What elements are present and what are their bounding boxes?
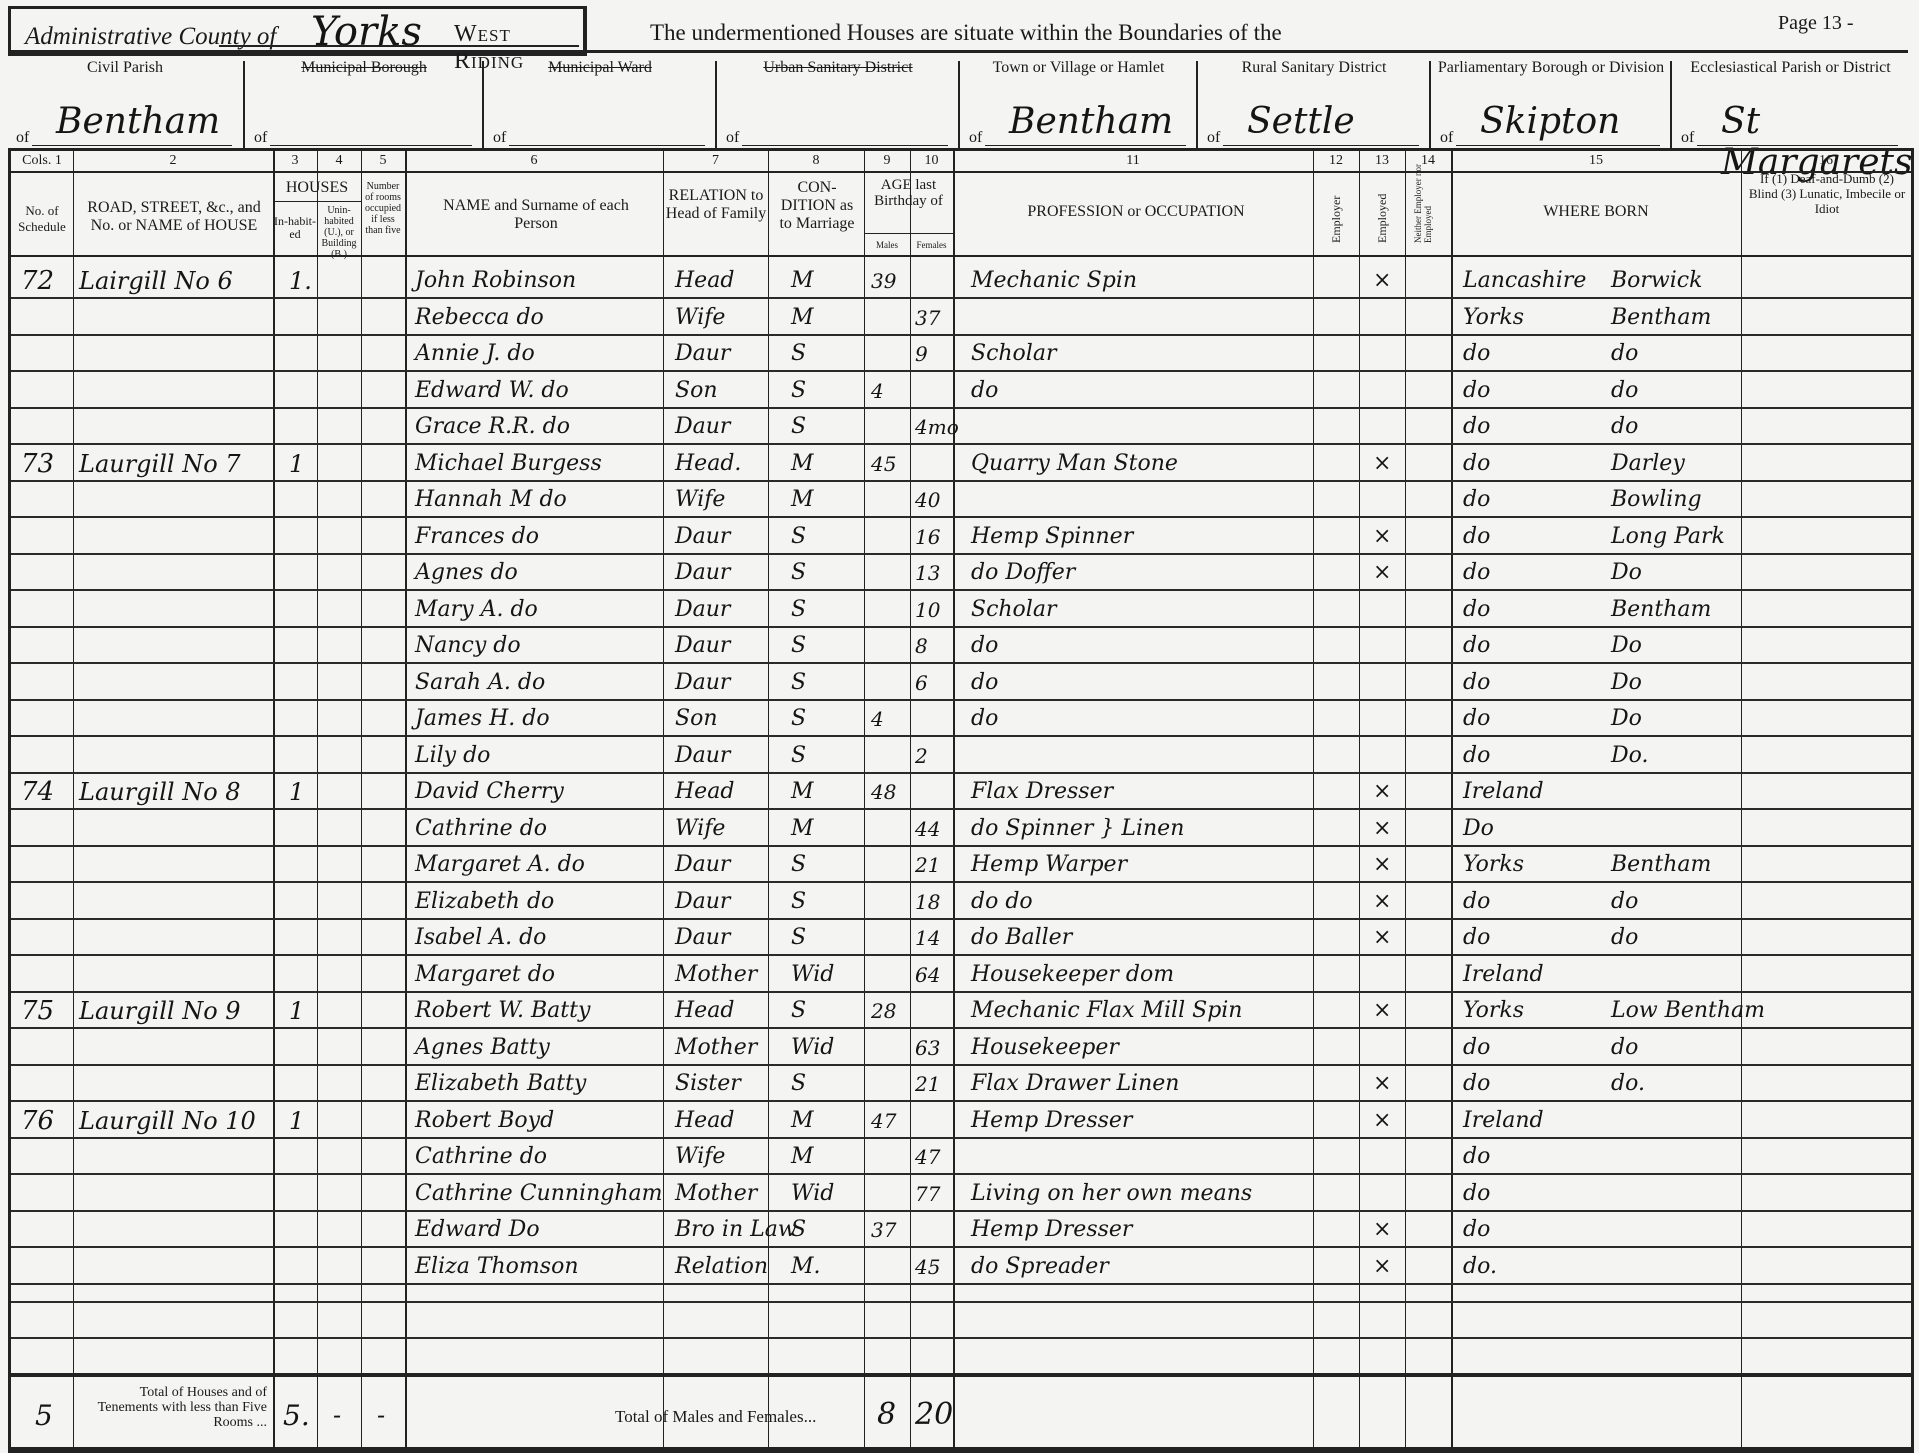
occupation: Hemp Dresser	[971, 1103, 1311, 1139]
born-place: Bentham	[1611, 300, 1739, 336]
table-row: Margaret doMotherWid64Housekeeper domIre…	[11, 957, 1911, 993]
address: Laurgill No 9	[79, 993, 271, 1029]
table-row: Elizabeth BattySisterS21Flax Drawer Line…	[11, 1066, 1911, 1102]
total-males: 8	[877, 1397, 896, 1432]
male-age	[871, 957, 909, 993]
marital-condition: S	[791, 336, 861, 372]
schedule-number	[21, 920, 71, 956]
table-row: Frances doDaurS16Hemp Spinner×doLong Par…	[11, 519, 1911, 555]
table-row: 75Laurgill No 91Robert W. BattyHeadS28Me…	[11, 993, 1911, 1029]
born-place: Darley	[1611, 446, 1739, 482]
area-value: Bentham	[56, 101, 220, 142]
column-number: 5	[361, 153, 405, 169]
table-row: Edward W. doSonS4dododo	[11, 373, 1911, 409]
area-label: Civil Parish	[8, 59, 242, 77]
marital-condition: S	[791, 1066, 861, 1102]
female-age: 64	[915, 957, 953, 993]
female-age: 45	[915, 1249, 953, 1285]
row-rule	[11, 1337, 1911, 1339]
column-number: 15	[1451, 153, 1741, 169]
male-age	[871, 738, 909, 774]
area-value: Skipton	[1480, 101, 1620, 142]
inhabited-mark	[289, 1066, 315, 1102]
male-age: 45	[871, 446, 909, 482]
employed-mark	[1373, 300, 1401, 336]
administrative-county-box: Administrative County of Yorks West Ridi…	[8, 6, 587, 56]
occupation	[971, 300, 1311, 336]
table-row: Grace R.R. doDaurS4mododo	[11, 409, 1911, 445]
marital-condition: S	[791, 665, 861, 701]
born-place: do	[1611, 373, 1739, 409]
male-age	[871, 336, 909, 372]
marital-condition: M	[791, 1139, 861, 1175]
area-label: Ecclesiastical Parish or District	[1673, 59, 1908, 77]
inhabited-mark	[289, 1176, 315, 1212]
employed-mark	[1373, 592, 1401, 628]
row-rule	[11, 1283, 1911, 1285]
address	[79, 336, 271, 372]
inhabited-mark: 1.	[289, 263, 315, 299]
born-county: do	[1463, 628, 1603, 664]
born-county: Yorks	[1463, 847, 1603, 883]
table-row: 74Laurgill No 81David CherryHeadM48Flax …	[11, 774, 1911, 810]
schedule-number: 74	[21, 774, 71, 810]
totals-row: 5 Total of Houses and of Tenements with …	[11, 1373, 1911, 1451]
relation: Head	[675, 993, 767, 1029]
address	[79, 482, 271, 518]
column-number: 10	[910, 153, 953, 169]
marital-condition: M	[791, 1103, 861, 1139]
occupation: do Baller	[971, 920, 1311, 956]
occupation	[971, 409, 1311, 445]
column-number: 2	[73, 153, 273, 169]
born-place: do	[1611, 920, 1739, 956]
person-name: Mary A. do	[415, 592, 661, 628]
born-county: do	[1463, 1176, 1603, 1212]
relation: Bro in Law	[675, 1212, 767, 1248]
schedule-number: 75	[21, 993, 71, 1029]
header-females: Females	[910, 237, 953, 253]
born-place: Do	[1611, 628, 1739, 664]
relation: Head	[675, 774, 767, 810]
born-county: do	[1463, 1139, 1603, 1175]
employed-mark: ×	[1373, 774, 1401, 810]
employed-mark: ×	[1373, 555, 1401, 591]
male-age	[871, 665, 909, 701]
column-number: 8	[768, 153, 864, 169]
address: Laurgill No 10	[79, 1103, 271, 1139]
employed-mark	[1373, 1139, 1401, 1175]
employed-mark	[1373, 701, 1401, 737]
male-age	[871, 884, 909, 920]
occupation: Scholar	[971, 592, 1311, 628]
male-age	[871, 592, 909, 628]
inhabited-mark	[289, 1030, 315, 1066]
schedule-number	[21, 738, 71, 774]
inhabited-mark	[289, 519, 315, 555]
occupation: Mechanic Spin	[971, 263, 1311, 299]
female-age	[915, 701, 953, 737]
occupation: Flax Dresser	[971, 774, 1311, 810]
female-age: 8	[915, 628, 953, 664]
person-name: Isabel A. do	[415, 920, 661, 956]
address	[79, 701, 271, 737]
male-age: 47	[871, 1103, 909, 1139]
occupation: Quarry Man Stone	[971, 446, 1311, 482]
male-age: 28	[871, 993, 909, 1029]
occupation: Housekeeper	[971, 1030, 1311, 1066]
header-employer: Employer	[1329, 196, 1344, 243]
occupation: Hemp Dresser	[971, 1212, 1311, 1248]
table-row: Isabel A. doDaurS14do Baller×dodo	[11, 920, 1911, 956]
born-county: do	[1463, 1066, 1603, 1102]
total-females: 20	[915, 1397, 953, 1432]
born-place	[1611, 1249, 1739, 1285]
header-males: Males	[864, 237, 910, 253]
male-age	[871, 409, 909, 445]
schedule-number	[21, 1176, 71, 1212]
header-inhabited: In-habit-ed	[274, 215, 316, 241]
female-age	[915, 1212, 953, 1248]
address: Laurgill No 7	[79, 446, 271, 482]
inhabited-mark	[289, 555, 315, 591]
divider	[1670, 61, 1672, 151]
address	[79, 592, 271, 628]
inhabited-mark	[289, 482, 315, 518]
employed-mark: ×	[1373, 1103, 1401, 1139]
table-row: James H. doSonS4dodoDo	[11, 701, 1911, 737]
employed-mark: ×	[1373, 920, 1401, 956]
occupation: Flax Drawer Linen	[971, 1066, 1311, 1102]
relation: Son	[675, 701, 767, 737]
divider	[243, 61, 245, 151]
address	[79, 884, 271, 920]
table-row: Agnes BattyMotherWid63Housekeeperdodo	[11, 1030, 1911, 1066]
header-occupation: PROFESSION or OCCUPATION	[971, 203, 1301, 221]
born-county: do	[1463, 1030, 1603, 1066]
male-age	[871, 1030, 909, 1066]
occupation: do	[971, 373, 1311, 409]
occupation	[971, 482, 1311, 518]
person-name: Frances do	[415, 519, 661, 555]
marital-condition: S	[791, 738, 861, 774]
inhabited-mark	[289, 409, 315, 445]
born-county: Yorks	[1463, 300, 1603, 336]
born-place: Bowling	[1611, 482, 1739, 518]
table-row: Cathrine CunninghamMotherWid77Living on …	[11, 1176, 1911, 1212]
occupation: do Spreader	[971, 1249, 1311, 1285]
relation: Daur	[675, 738, 767, 774]
female-age	[915, 446, 953, 482]
female-age	[915, 1103, 953, 1139]
schedule-number: 73	[21, 446, 71, 482]
born-county: do	[1463, 701, 1603, 737]
schedule-number	[21, 373, 71, 409]
marital-condition: S	[791, 701, 861, 737]
inhabited-mark	[289, 738, 315, 774]
relation: Mother	[675, 957, 767, 993]
address	[79, 300, 271, 336]
female-age: 4mo	[915, 409, 953, 445]
inhabited-mark	[289, 884, 315, 920]
occupation: Scholar	[971, 336, 1311, 372]
person-name: Edward Do	[415, 1212, 661, 1248]
of-label: of	[726, 129, 739, 147]
area-ecclesiastical-parish: Ecclesiastical Parish or District of St …	[1673, 53, 1908, 153]
female-age: 16	[915, 519, 953, 555]
person-name: Michael Burgess	[415, 446, 661, 482]
underline	[1223, 145, 1419, 146]
marital-condition: M	[791, 482, 861, 518]
male-age	[871, 555, 909, 591]
area-label: Rural Sanitary District	[1199, 59, 1429, 77]
male-age	[871, 628, 909, 664]
born-county: do	[1463, 519, 1603, 555]
column-number: 7	[663, 153, 768, 169]
born-place: do	[1611, 409, 1739, 445]
born-place: do	[1611, 1030, 1739, 1066]
employed-mark	[1373, 409, 1401, 445]
area-label: Municipal Borough	[246, 59, 482, 77]
schedule-number	[21, 1066, 71, 1102]
born-county: do	[1463, 738, 1603, 774]
schedule-number	[21, 665, 71, 701]
address	[79, 847, 271, 883]
header-name: NAME and Surname of each Person	[431, 197, 641, 233]
area-town-village-hamlet: Town or Village or Hamlet of Bentham	[961, 53, 1196, 153]
schedule-number	[21, 884, 71, 920]
boundaries-statement: The undermentioned Houses are situate wi…	[650, 20, 1282, 46]
relation: Mother	[675, 1030, 767, 1066]
column-number: 12	[1313, 153, 1359, 169]
header-bottom-rule	[11, 255, 1911, 257]
born-county: do	[1463, 555, 1603, 591]
address	[79, 920, 271, 956]
table-row: 72Lairgill No 61.John RobinsonHeadM39Mec…	[11, 263, 1911, 299]
total-males-females-label: Total of Males and Females...	[615, 1407, 816, 1427]
marital-condition: S	[791, 555, 861, 591]
occupation: do do	[971, 884, 1311, 920]
born-county: do	[1463, 920, 1603, 956]
divider	[482, 61, 484, 151]
born-place: do	[1611, 884, 1739, 920]
area-label: Town or Village or Hamlet	[961, 59, 1196, 77]
address	[79, 519, 271, 555]
inhabited-mark	[289, 1249, 315, 1285]
address	[79, 1176, 271, 1212]
area-label: Parliamentary Borough or Division	[1432, 59, 1670, 77]
born-county: do	[1463, 1212, 1603, 1248]
area-label: Urban Sanitary District	[718, 59, 958, 77]
schedule-number	[21, 592, 71, 628]
female-age: 40	[915, 482, 953, 518]
inhabited-mark: 1	[289, 993, 315, 1029]
of-label: of	[1207, 129, 1220, 147]
female-age: 37	[915, 300, 953, 336]
marital-condition: S	[791, 920, 861, 956]
header-condition: CON-DITION as to Marriage	[779, 179, 855, 233]
inhabited-mark	[289, 628, 315, 664]
area-municipal-ward: Municipal Ward of	[485, 53, 715, 153]
born-county: Ireland	[1463, 957, 1603, 993]
female-age: 10	[915, 592, 953, 628]
inhabited-mark	[289, 847, 315, 883]
born-place	[1611, 1139, 1739, 1175]
total-schedules: 5	[35, 1399, 53, 1432]
area-label: Municipal Ward	[485, 59, 715, 77]
employed-mark	[1373, 628, 1401, 664]
marital-condition: S	[791, 628, 861, 664]
person-name: Margaret A. do	[415, 847, 661, 883]
marital-condition: Wid	[791, 957, 861, 993]
table-row: Cathrine doWifeM44do Spinner } Linen×Do	[11, 811, 1911, 847]
born-place	[1611, 811, 1739, 847]
divider	[1196, 61, 1198, 151]
employed-mark	[1373, 336, 1401, 372]
schedule-number	[21, 300, 71, 336]
employed-mark: ×	[1373, 263, 1401, 299]
marital-condition: M	[791, 263, 861, 299]
address	[79, 555, 271, 591]
address: Lairgill No 6	[79, 263, 271, 299]
schedule-number	[21, 1030, 71, 1066]
male-age	[871, 300, 909, 336]
address	[79, 1249, 271, 1285]
occupation: Hemp Spinner	[971, 519, 1311, 555]
schedule-number	[21, 628, 71, 664]
relation: Wife	[675, 482, 767, 518]
employed-mark: ×	[1373, 446, 1401, 482]
person-name: John Robinson	[415, 263, 661, 299]
person-name: James H. do	[415, 701, 661, 737]
person-name: Nancy do	[415, 628, 661, 664]
male-age	[871, 920, 909, 956]
schedule-number	[21, 1139, 71, 1175]
header-rooms: Number of rooms occupied if less than fi…	[362, 181, 404, 236]
schedule-number	[21, 482, 71, 518]
page-number: Page 13 -	[1778, 12, 1854, 35]
column-number: 9	[864, 153, 910, 169]
area-rural-sanitary-district: Rural Sanitary District of Settle	[1199, 53, 1429, 153]
person-name: Margaret do	[415, 957, 661, 993]
person-name: Rebecca do	[415, 300, 661, 336]
relation: Relation	[675, 1249, 767, 1285]
divider	[958, 61, 960, 151]
marital-condition: S	[791, 373, 861, 409]
header-infirmity: If (1) Deaf-and-Dumb (2) Blind (3) Lunat…	[1745, 171, 1909, 216]
male-age: 4	[871, 701, 909, 737]
inhabited-mark	[289, 701, 315, 737]
relation: Head	[675, 1103, 767, 1139]
address	[79, 1139, 271, 1175]
census-page: Administrative County of Yorks West Ridi…	[0, 0, 1919, 1453]
inhabited-mark	[289, 957, 315, 993]
female-age: 13	[915, 555, 953, 591]
born-county: do	[1463, 592, 1603, 628]
schedule-number	[21, 701, 71, 737]
table-row: Hannah M doWifeM40doBowling	[11, 482, 1911, 518]
table-row: Margaret A. doDaurS21Hemp Warper×YorksBe…	[11, 847, 1911, 883]
table-row: 76Laurgill No 101Robert BoydHeadM47Hemp …	[11, 1103, 1911, 1139]
female-age: 63	[915, 1030, 953, 1066]
relation: Wife	[675, 811, 767, 847]
employed-mark: ×	[1373, 811, 1401, 847]
table-row: Rebecca doWifeM37YorksBentham	[11, 300, 1911, 336]
born-county: do	[1463, 409, 1603, 445]
occupation: do Doffer	[971, 555, 1311, 591]
male-age: 39	[871, 263, 909, 299]
marital-condition: Wid	[791, 1030, 861, 1066]
inhabited-mark	[289, 1139, 315, 1175]
schedule-number	[21, 555, 71, 591]
marital-condition: S	[791, 993, 861, 1029]
schedule-number: 76	[21, 1103, 71, 1139]
marital-condition: S	[791, 519, 861, 555]
born-county: do	[1463, 482, 1603, 518]
marital-condition: S	[791, 409, 861, 445]
born-county: Do	[1463, 811, 1603, 847]
person-name: Hannah M do	[415, 482, 661, 518]
header-uninhabited: Unin-habited (U.), or Building (B.)	[318, 205, 360, 260]
address	[79, 409, 271, 445]
header-rule	[11, 171, 1911, 173]
relation: Daur	[675, 847, 767, 883]
occupation	[971, 1139, 1311, 1175]
female-age: 47	[915, 1139, 953, 1175]
relation: Daur	[675, 920, 767, 956]
employed-mark	[1373, 1176, 1401, 1212]
person-name: Agnes do	[415, 555, 661, 591]
born-place	[1611, 1176, 1739, 1212]
schedule-number	[21, 847, 71, 883]
inhabited-mark	[289, 920, 315, 956]
schedule-number	[21, 957, 71, 993]
occupation: do	[971, 701, 1311, 737]
born-place	[1611, 1103, 1739, 1139]
relation: Daur	[675, 592, 767, 628]
born-county: do	[1463, 446, 1603, 482]
of-label: of	[1440, 129, 1453, 147]
male-age	[871, 1176, 909, 1212]
underline	[742, 145, 948, 146]
employed-mark	[1373, 373, 1401, 409]
employed-mark	[1373, 957, 1401, 993]
person-name: Elizabeth Batty	[415, 1066, 661, 1102]
marital-condition: M.	[791, 1249, 861, 1285]
born-place: Do	[1611, 555, 1739, 591]
total-houses-label: Total of Houses and of Tenements with le…	[77, 1385, 267, 1430]
schedule-number	[21, 336, 71, 372]
employed-mark	[1373, 738, 1401, 774]
male-age	[871, 847, 909, 883]
of-label: of	[16, 129, 29, 147]
marital-condition: M	[791, 446, 861, 482]
person-name: Elizabeth do	[415, 884, 661, 920]
table-row: Edward DoBro in LawS37Hemp Dresser×do	[11, 1212, 1911, 1248]
address	[79, 373, 271, 409]
born-county: do.	[1463, 1249, 1603, 1285]
column-number: 4	[317, 153, 361, 169]
header-houses: HOUSES	[273, 179, 361, 197]
female-age: 44	[915, 811, 953, 847]
area-civil-parish: Civil Parish of Bentham	[8, 53, 242, 153]
marital-condition: Wid	[791, 1176, 861, 1212]
header-rule	[273, 201, 361, 202]
employed-mark	[1373, 482, 1401, 518]
total-rooms: -	[377, 1401, 385, 1429]
relation: Daur	[675, 409, 767, 445]
underline	[32, 145, 232, 146]
